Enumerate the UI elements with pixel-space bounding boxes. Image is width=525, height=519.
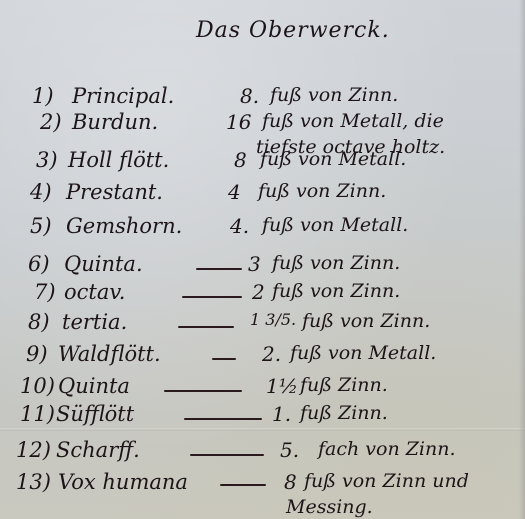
stop-size: 2.: [262, 342, 281, 366]
stop-number: 5): [30, 214, 52, 238]
stop-size: 8.: [240, 84, 259, 108]
stop-description: fuß von Metall.: [290, 342, 436, 364]
stop-size: 1.: [272, 402, 291, 426]
stop-number: 4): [30, 180, 52, 204]
stop-row-3: 3) Holl flött. 8 fuß von Metall.: [0, 148, 525, 182]
stop-number: 9): [26, 342, 48, 366]
stop-row-12: 12) Scharff. 5. fach von Zinn.: [0, 438, 525, 472]
stop-description: fuß von Zinn.: [258, 180, 386, 202]
stop-number: 11): [20, 402, 55, 426]
stop-description: fuß Zinn.: [300, 402, 388, 424]
stop-name: Gemshorn.: [66, 214, 182, 238]
stop-name: Waldflött.: [58, 342, 161, 366]
stop-name: octav.: [64, 280, 125, 304]
stop-row-5: 5) Gemshorn. 4. fuß von Metall.: [0, 214, 525, 248]
stop-row-8: 8) tertia. 1 3/5. fuß von Zinn.: [0, 310, 525, 344]
stop-size: 4.: [230, 214, 249, 238]
stop-number: 10): [20, 374, 55, 398]
stop-description: fuß von Zinn.: [272, 252, 400, 274]
stop-size: 1½: [266, 374, 298, 398]
stop-description: fuß von Metall.: [260, 148, 406, 170]
stop-number: 1): [32, 84, 54, 108]
stop-description: fuß von Zinn.: [270, 84, 398, 106]
leader-dash: [220, 484, 266, 486]
stop-name: Quinta: [58, 374, 130, 398]
stop-row-9: 9) Waldflött. 2. fuß von Metall.: [0, 342, 525, 376]
stop-name: Prestant.: [66, 180, 163, 204]
stop-name: Quinta.: [64, 252, 143, 276]
stop-number: 2): [40, 110, 62, 134]
page-title: Das Oberwerck.: [196, 18, 390, 43]
stop-description: fuß von Zinn und: [304, 470, 469, 492]
stop-row-4: 4) Prestant. 4 fuß von Zinn.: [0, 180, 525, 214]
stop-description: fuß von Metall.: [262, 214, 408, 236]
stop-description-continuation: Messing.: [286, 496, 373, 518]
stop-description: fuß von Metall, die: [262, 110, 444, 132]
stop-row-11: 11) Süfflött 1. fuß Zinn.: [0, 402, 525, 436]
stop-name: Principal.: [72, 84, 174, 108]
stop-number: 12): [16, 438, 51, 462]
stop-description: fach von Zinn.: [318, 438, 456, 460]
stop-row-13: 13) Vox humana 8 fuß von Zinn und: [0, 470, 525, 504]
stop-name: Vox humana: [58, 470, 188, 494]
stop-number: 6): [28, 252, 50, 276]
leader-dash: [164, 390, 242, 392]
stop-description: fuß Zinn.: [300, 374, 388, 396]
leader-dash: [182, 296, 242, 298]
stop-size: 2: [252, 280, 265, 304]
stop-description: fuß von Zinn.: [302, 310, 430, 332]
stop-size: 3: [248, 252, 261, 276]
stop-size: 5.: [280, 438, 299, 462]
stop-number: 13): [16, 470, 51, 494]
leader-dash: [212, 358, 236, 360]
stop-number: 7): [34, 280, 56, 304]
stop-size: 8: [234, 148, 247, 172]
stop-name: tertia.: [62, 310, 127, 334]
stop-name: Burdun.: [72, 110, 158, 134]
stop-size: 1 3/5.: [250, 310, 296, 329]
stop-name: Scharff.: [56, 438, 140, 462]
stop-size: 8: [284, 470, 297, 494]
stop-size: 16: [226, 110, 251, 134]
stop-number: 3): [36, 148, 58, 172]
stop-name: Holl flött.: [68, 148, 169, 172]
leader-dash: [178, 326, 234, 328]
stop-row-7: 7) octav. 2 fuß von Zinn.: [0, 280, 525, 314]
stop-number: 8): [28, 310, 50, 334]
stop-name: Süfflött: [56, 402, 134, 426]
stop-size: 4: [228, 180, 241, 204]
leader-dash: [184, 418, 262, 420]
stop-description: fuß von Zinn.: [272, 280, 400, 302]
leader-dash: [190, 454, 264, 456]
manuscript-page: Das Oberwerck. 1) Principal. 8. fuß von …: [0, 0, 525, 519]
leader-dash: [196, 268, 242, 270]
